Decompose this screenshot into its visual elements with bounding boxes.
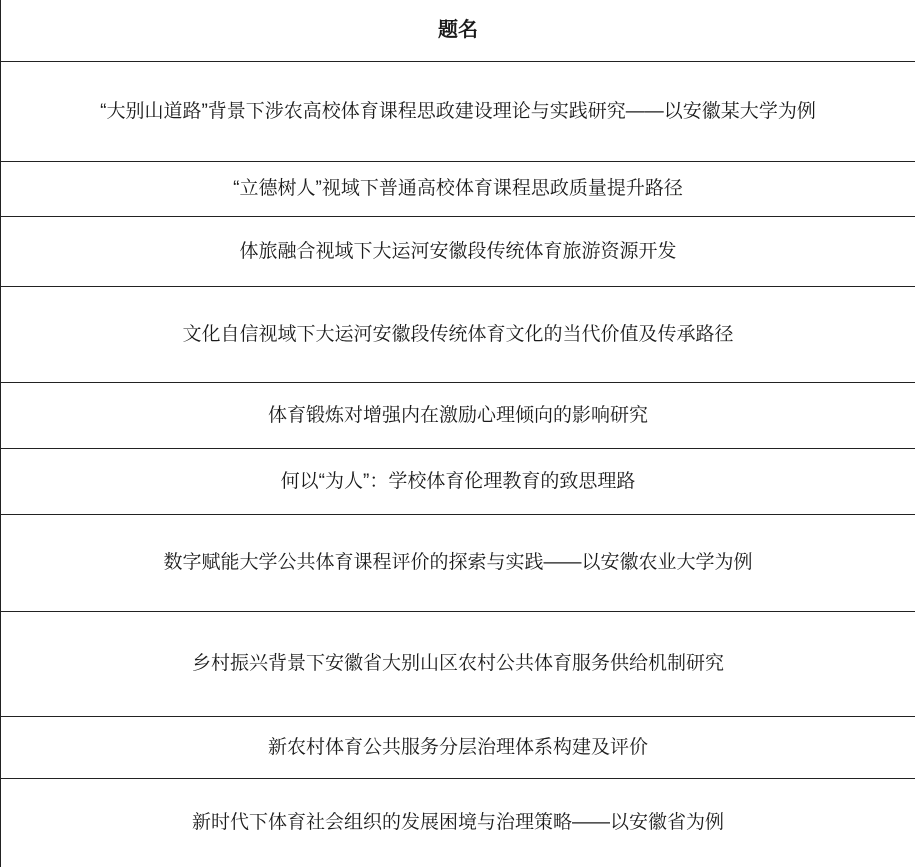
- row-title-text: “立德树人”视域下普通高校体育课程思政质量提升路径: [233, 176, 683, 202]
- row-title-text: 新时代下体育社会组织的发展困境与治理策略——以安徽省为例: [192, 810, 724, 836]
- table-row: 体育锻炼对增强内在激励心理倾向的影响研究: [1, 383, 915, 449]
- row-title-text: 新农村体育公共服务分层治理体系构建及评价: [268, 735, 648, 761]
- table-row: 体旅融合视域下大运河安徽段传统体育旅游资源开发: [1, 217, 915, 287]
- row-title-text: 乡村振兴背景下安徽省大别山区农村公共体育服务供给机制研究: [192, 651, 724, 677]
- table-row: 新农村体育公共服务分层治理体系构建及评价: [1, 717, 915, 779]
- titles-table: 题名 “大别山道路”背景下涉农高校体育课程思政建设理论与实践研究——以安徽某大学…: [0, 0, 915, 867]
- table-row: “大别山道路”背景下涉农高校体育课程思政建设理论与实践研究——以安徽某大学为例: [1, 62, 915, 162]
- table-row: 文化自信视域下大运河安徽段传统体育文化的当代价值及传承路径: [1, 287, 915, 383]
- table-row: 乡村振兴背景下安徽省大别山区农村公共体育服务供给机制研究: [1, 612, 915, 717]
- column-header-title: 题名: [438, 17, 478, 44]
- row-title-text: 数字赋能大学公共体育课程评价的探索与实践——以安徽农业大学为例: [163, 550, 752, 576]
- table-row: 数字赋能大学公共体育课程评价的探索与实践——以安徽农业大学为例: [1, 515, 915, 612]
- table-row: 何以“为人”：学校体育伦理教育的致思理路: [1, 449, 915, 515]
- row-title-text: 何以“为人”：学校体育伦理教育的致思理路: [281, 469, 636, 495]
- row-title-text: 文化自信视域下大运河安徽段传统体育文化的当代价值及传承路径: [182, 322, 733, 348]
- table-header-row: 题名: [1, 0, 915, 62]
- row-title-text: 体育锻炼对增强内在激励心理倾向的影响研究: [268, 403, 648, 429]
- table-row: 新时代下体育社会组织的发展困境与治理策略——以安徽省为例: [1, 779, 915, 867]
- row-title-text: 体旅融合视域下大运河安徽段传统体育旅游资源开发: [239, 239, 676, 265]
- table-row: “立德树人”视域下普通高校体育课程思政质量提升路径: [1, 162, 915, 217]
- row-title-text: “大别山道路”背景下涉农高校体育课程思政建设理论与实践研究——以安徽某大学为例: [100, 99, 816, 125]
